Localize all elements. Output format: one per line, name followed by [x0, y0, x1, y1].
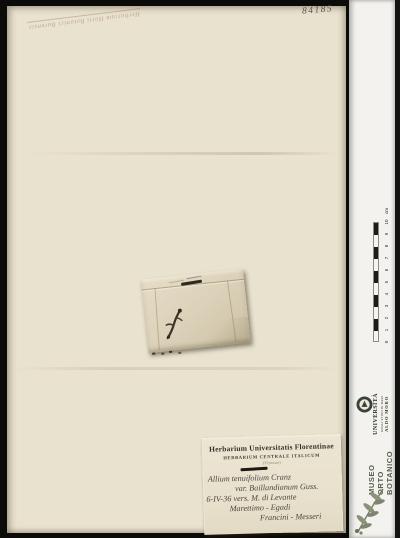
sheet-fold-line: [7, 152, 346, 155]
herbarium-sheet: Herbarium Horti Botanici Barensis 84185 …: [7, 6, 346, 533]
packet-crease: [154, 288, 159, 350]
pencil-scribble: [187, 276, 202, 280]
specimen-packet: [140, 269, 250, 353]
olive-branch-icon: [351, 486, 387, 536]
determination-label: Herbarium Universitatis Florentinae HERB…: [202, 434, 344, 535]
ruler-tick-label: 0: [384, 335, 390, 349]
university-wordmark: UNIVERSITÀ DEGLI STUDI DI BARI ALDO MORO: [373, 387, 397, 441]
redaction-bar: [240, 467, 267, 472]
university-subname: DEGLI STUDI DI BARI: [380, 387, 384, 441]
packet-flap-shadow: [202, 317, 250, 348]
seed-specks: [152, 352, 155, 354]
reference-strip: cm 10 9 8 7 6 5 4 3 2 1 0 UNIVERSITÀ DEG…: [349, 0, 400, 538]
university-dedication: ALDO MORO: [384, 387, 389, 441]
scale-ruler: cm 10 9 8 7 6 5 4 3 2 1 0: [373, 222, 397, 354]
plant-specimen-fragment: [159, 305, 192, 342]
university-seal-icon: [356, 396, 373, 413]
herbarium-stamp: Herbarium Horti Botanici Barensis: [27, 8, 141, 31]
accession-number: 84185: [302, 3, 343, 16]
handwritten-collectors: Francini - Messeri: [260, 511, 343, 523]
scale-ruler-blocks: [373, 222, 379, 342]
university-name: UNIVERSITÀ: [373, 387, 379, 441]
sheet-fold-line: [7, 367, 346, 370]
